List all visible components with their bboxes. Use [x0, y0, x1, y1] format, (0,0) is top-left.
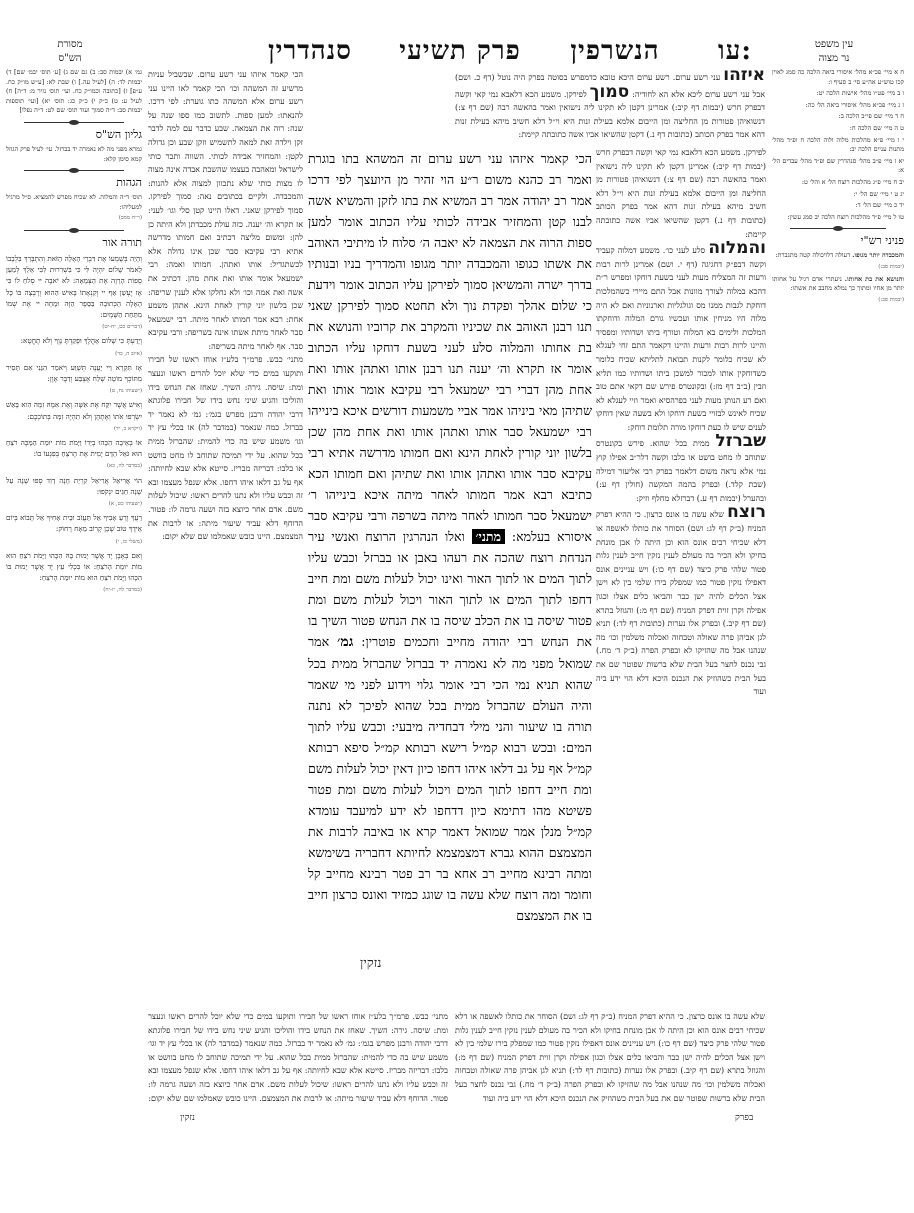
dibbur-hamatchil: רוצח — [727, 502, 766, 522]
tosafot-bottom: שלא עשה בו אונס כרצון. כי ההיא דפרק המני… — [455, 1010, 765, 1112]
ein-mishpat-entry: יד כ מיי׳ שם הל׳ ד: — [772, 201, 904, 211]
rashi-column: הכי קאמר איזהו עני רשע ערום. שבשביל עניו… — [148, 68, 303, 1008]
hagahot-text: תוס׳ ד״ה והמלוה. לא שכיח מפרש להמציא. ס״… — [6, 193, 142, 212]
rashi-text: מתני׳ כבש. פרמ״ך בלע״ז אוחז ראשו של חביר… — [148, 1010, 448, 1105]
masoret-hashas-title: מסורת הש"ס — [30, 38, 110, 66]
tosafot-column: לפירקן. משמע הכא דלאבא נמי קאי וקשה דבפר… — [596, 146, 766, 1008]
ein-mishpat-entry: יג ט י מיי׳ שם הל׳ י: — [772, 190, 904, 200]
ornament-divider — [790, 228, 886, 229]
tosafot-text: שלא עשה בו אונס כרצון. כי ההיא דפרק המני… — [455, 1010, 765, 1105]
dibbur-hamatchil: שברזל — [715, 431, 766, 451]
verse: וְיָדַעְתָּ כִּי שָׁלוֹם אָהֳלֶךָ וּפָקַ… — [6, 335, 142, 346]
mishnah-body: ואלו הנהרגין הרוצח ואנשי עיר הנדחת רוצח … — [308, 529, 592, 649]
folio-number: עו: — [700, 36, 770, 66]
ein-mishpat-entry: ח ד מיי׳ שם פי״ב הלכה ב: — [772, 112, 904, 122]
source-ref: (יבמות סב:) — [772, 296, 904, 306]
verse: וְהָיָה בְּשָׁמְעוֹ אֶת דִּבְרֵי הָאָלָה… — [6, 253, 142, 320]
rashi-catchword: נזקין — [180, 1112, 195, 1123]
ein-mishpat-entry: ז ג מיי׳ פכ״א מהל׳ איסורי ביאה הל׳ כה: — [772, 101, 904, 111]
tosafot-catchword: בפרק — [735, 1112, 753, 1123]
ornament-divider — [24, 230, 124, 231]
hashas-label: הש"ס — [30, 52, 110, 66]
torah-or-title: תורה אור — [6, 235, 142, 251]
dibbur-hamatchil: איזהו — [723, 68, 765, 85]
chapter-number: פרק תשיעי — [385, 36, 535, 66]
ein-mishpat-entry: ו ב מיי׳ פט״ו מהל׳ אישות הלכה יט: — [772, 89, 904, 99]
ein-mishpat-entry: טו ל מיי׳ פ״ד מהלכות רוצח הלכה יב סמג עש… — [772, 213, 904, 223]
source-ref: (יבמות סב:) — [772, 263, 904, 273]
tosafot-top: איזהו עני רשע ערום. רשע ערום היכא טובא כ… — [455, 68, 765, 148]
pninei-rashi-item: והמכבדה יותר מגופו. דעולה דלויכולה קטה מ… — [772, 251, 904, 261]
gemara-body: אמר שמואל מפני מה לא נאמרה יד בברזל שהבר… — [308, 634, 592, 923]
tosafot-item: שברזל ממית בכל שהוא. פירש בקונטרס שתוחב … — [596, 434, 766, 505]
dibbur-hamatchil: והמלוה — [708, 238, 766, 258]
source-ref: (דברים כט, יח-יט) — [6, 322, 142, 333]
ornament-divider — [24, 170, 124, 171]
ner-mitzvah-label: נר מצוה — [794, 52, 874, 66]
dibbur-hamatchil: סמוך — [590, 82, 630, 102]
tractate-name: סנהדרין — [235, 36, 385, 66]
gemara-paragraph: הכי קאמר איזהו עני רשע ערום זה המשהא בתו… — [308, 148, 592, 926]
gemara-body: הכי קאמר איזהו עני רשע ערום זה המשהא בתו… — [308, 151, 592, 544]
source-ref: (איוב ה, כד) — [6, 349, 142, 360]
tosafot-text: סלע לעני כו׳. משמע דמלוה קעביד וקשה דבפ״… — [596, 246, 766, 432]
masoret-label: מסורת — [30, 38, 110, 52]
gilyon-hashas-text: גמרא מפני מה לא נאמרה יד בברזל. עי׳ לעיל… — [6, 145, 142, 164]
ein-mishpat-entry: יא ז מיי׳ פ״ב מהל׳ סנהדרין שם ופ״ד מהל׳ … — [772, 157, 904, 176]
rashi-bottom: מתני׳ כבש. פרמ״ך בלע״ז אוחז ראשו של חביר… — [148, 1010, 448, 1112]
gemara-text: הכי קאמר איזהו עני רשע ערום זה המשהא בתו… — [308, 148, 592, 948]
ein-mishpat-column: ח א מיי׳ פכ״א מהל׳ איסורי ביאה הלכה כה ס… — [772, 68, 904, 307]
source-ref: (במדבר לה, כא) — [6, 461, 142, 472]
ein-mishpat-title: עין משפט נר מצוה — [794, 38, 874, 66]
torah-or-verses: וְהָיָה בְּשָׁמְעוֹ אֶת דִּבְרֵי הָאָלָה… — [6, 253, 142, 597]
tosafot-item: איזהו עני רשע ערום. רשע ערום היכא טובא כ… — [455, 68, 765, 142]
rashi-text: מתני׳ כבש. פרמ״ך בלע״ז אוחז ראשו של חביר… — [148, 353, 303, 543]
hagahot-title: הגהות — [6, 175, 142, 191]
tosafot-item: רוצח שלא עשה בו אונס כרצון. כי ההיא דפרק… — [596, 505, 766, 698]
ein-mishpat-label: עין משפט — [794, 38, 874, 52]
source-ref: (במדבר לה, יז-יח) — [6, 585, 142, 596]
gemara-label: גמ׳ — [337, 634, 353, 650]
source-ref: (ר״ח ממכ) — [6, 214, 142, 224]
gilyon-hashas-title: גליון הש"ס — [6, 127, 142, 143]
verse: אָז תִּקְרָא וַיי יַעֲנֶה תְּשַׁוַּע וְי… — [6, 362, 142, 384]
tosafot-text: לפירקן. משמע הכא דלאבא נמי קאי וקשה דבפר… — [596, 146, 766, 241]
ein-mishpat-entry: י ו מיי׳ פ״א מהלכות מלוה ולוה הלכה ח ופ״… — [772, 136, 904, 155]
ornament-divider — [24, 122, 124, 123]
rashi-text: הכי קאמר איזהו עני רשע ערום. שבשביל עניו… — [148, 68, 303, 353]
verse: אוֹ בְאֵיבָה הִכָּהוּ בְיָדוֹ וַיָּמֹת מ… — [6, 437, 142, 459]
tosafot-item: והמלוה סלע לעני כו׳. משמע דמלוה קעביד וק… — [596, 241, 766, 434]
verse: וְאִישׁ אֲשֶׁר יִקַּח אֶת אִשָּׁה וְאֶת … — [6, 399, 142, 421]
ein-mishpat-entry: יב ח מיי׳ פ״ג מהלכות רוצח הל׳ א והל׳ ט: — [772, 178, 904, 188]
chapter-name: הנשרפין — [555, 36, 675, 66]
source-ref: (ישעיהו כט, א) — [6, 499, 142, 510]
source-ref: (ישעיהו נח, ט) — [6, 386, 142, 397]
pninei-rashi-text: דעולה דלויכולה קטה מתגברת: — [775, 251, 850, 259]
verse: וְאִם בְּאֶבֶן יָד אֲשֶׁר יָמוּת בָּהּ ה… — [6, 550, 142, 584]
dibbur-hamatchil: והמכבדה יותר מגופו. — [852, 251, 904, 259]
masoret-hashas-column: גמ׳ א) יבמות סב: ב) גם שם ג) [ע׳ תוס׳ יב… — [6, 68, 142, 599]
pninei-rashi-title: פניני רש"י — [772, 233, 904, 249]
mishnah-label: מתני׳ — [472, 529, 505, 544]
source-ref: (משלי כז, י) — [6, 537, 142, 548]
verse: הוֹי אֲרִיאֵל אֲרִיאֵל קִרְיַת חָנָה דָו… — [6, 475, 142, 497]
ein-mishpat-entry: ח א מיי׳ פכ״א מהל׳ איסורי ביאה הלכה כה ס… — [772, 68, 904, 87]
dibbur-hamatchil: והנושא את בת אחותו. — [845, 275, 904, 283]
verse: רֵעֲךָ וְרֵעַ אָבִיךָ אַל תַּעֲזֹב וּבֵי… — [6, 512, 142, 534]
gemara-catchword: נזקין — [360, 955, 382, 971]
tosafot-text: שלא עשה בו אונס כרצון. כי ההיא דפרק המני… — [596, 510, 766, 696]
source-ref: (ויקרא כ, יד) — [6, 424, 142, 435]
ein-mishpat-entry: ט ה מיי׳ שם הלכה ח: — [772, 124, 904, 134]
pninei-rashi-item: והנושא את בת אחותו. ניעתרי אדם רגיל על א… — [772, 275, 904, 294]
masoret-entry: גמ׳ א) יבמות סב: ב) גם שם ג) [ע׳ תוס׳ יב… — [6, 68, 142, 116]
